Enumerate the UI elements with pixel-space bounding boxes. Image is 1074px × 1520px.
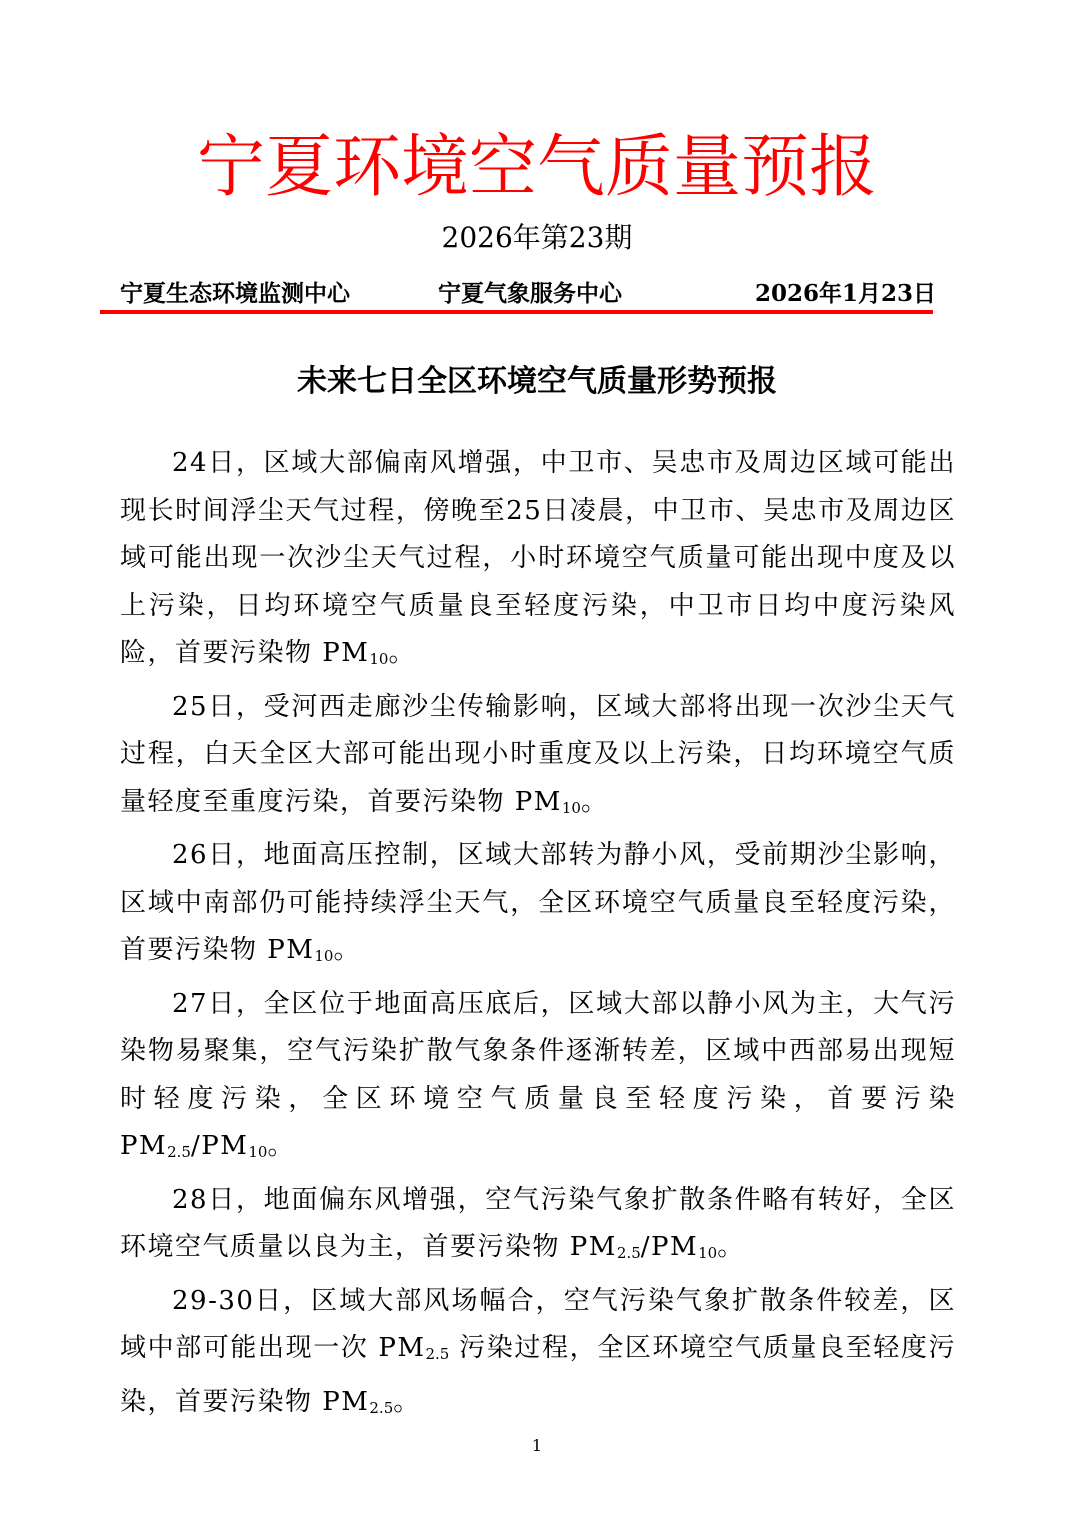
publisher-line: 宁夏生态环境监测中心 宁夏气象服务中心 2026年1月23日: [120, 278, 936, 310]
forecast-paragraph-25: 25日，受河西走廊沙尘传输影响，区域大部将出现一次沙尘天气过程，白天全区大部可能…: [120, 684, 956, 833]
publisher-ecology-center: 宁夏生态环境监测中心: [120, 278, 350, 310]
forecast-paragraph-26: 26日，地面高压控制，区域大部转为静小风，受前期沙尘影响，区域中南部仍可能持续浮…: [120, 832, 956, 981]
forecast-paragraph-27: 27日，全区位于地面高压底后，区域大部以静小风为主，大气污染物易聚集，空气污染扩…: [120, 981, 956, 1177]
document-title: 宁夏环境空气质量预报: [0, 128, 1074, 208]
forecast-paragraph-24: 24日，区域大部偏南风增强，中卫市、吴忠市及周边区域可能出现长时间浮尘天气过程，…: [120, 440, 956, 684]
forecast-paragraph-28: 28日，地面偏东风增强，空气污染气象扩散条件略有转好，全区环境空气质量以良为主，…: [120, 1177, 956, 1278]
page-number: 1: [0, 1436, 1074, 1455]
forecast-body: 24日，区域大部偏南风增强，中卫市、吴忠市及周边区域可能出现长时间浮尘天气过程，…: [120, 440, 956, 1432]
red-divider: [100, 310, 933, 314]
publish-date: 2026年1月23日: [755, 278, 936, 310]
section-heading: 未来七日全区环境空气质量形势预报: [0, 360, 1074, 404]
forecast-paragraph-29-30: 29-30日，区域大部风场幅合，空气污染气象扩散条件较差，区域中部可能出现一次 …: [120, 1278, 956, 1433]
issue-number: 2026年第23期: [0, 218, 1074, 258]
publisher-weather-center: 宁夏气象服务中心: [438, 278, 622, 310]
